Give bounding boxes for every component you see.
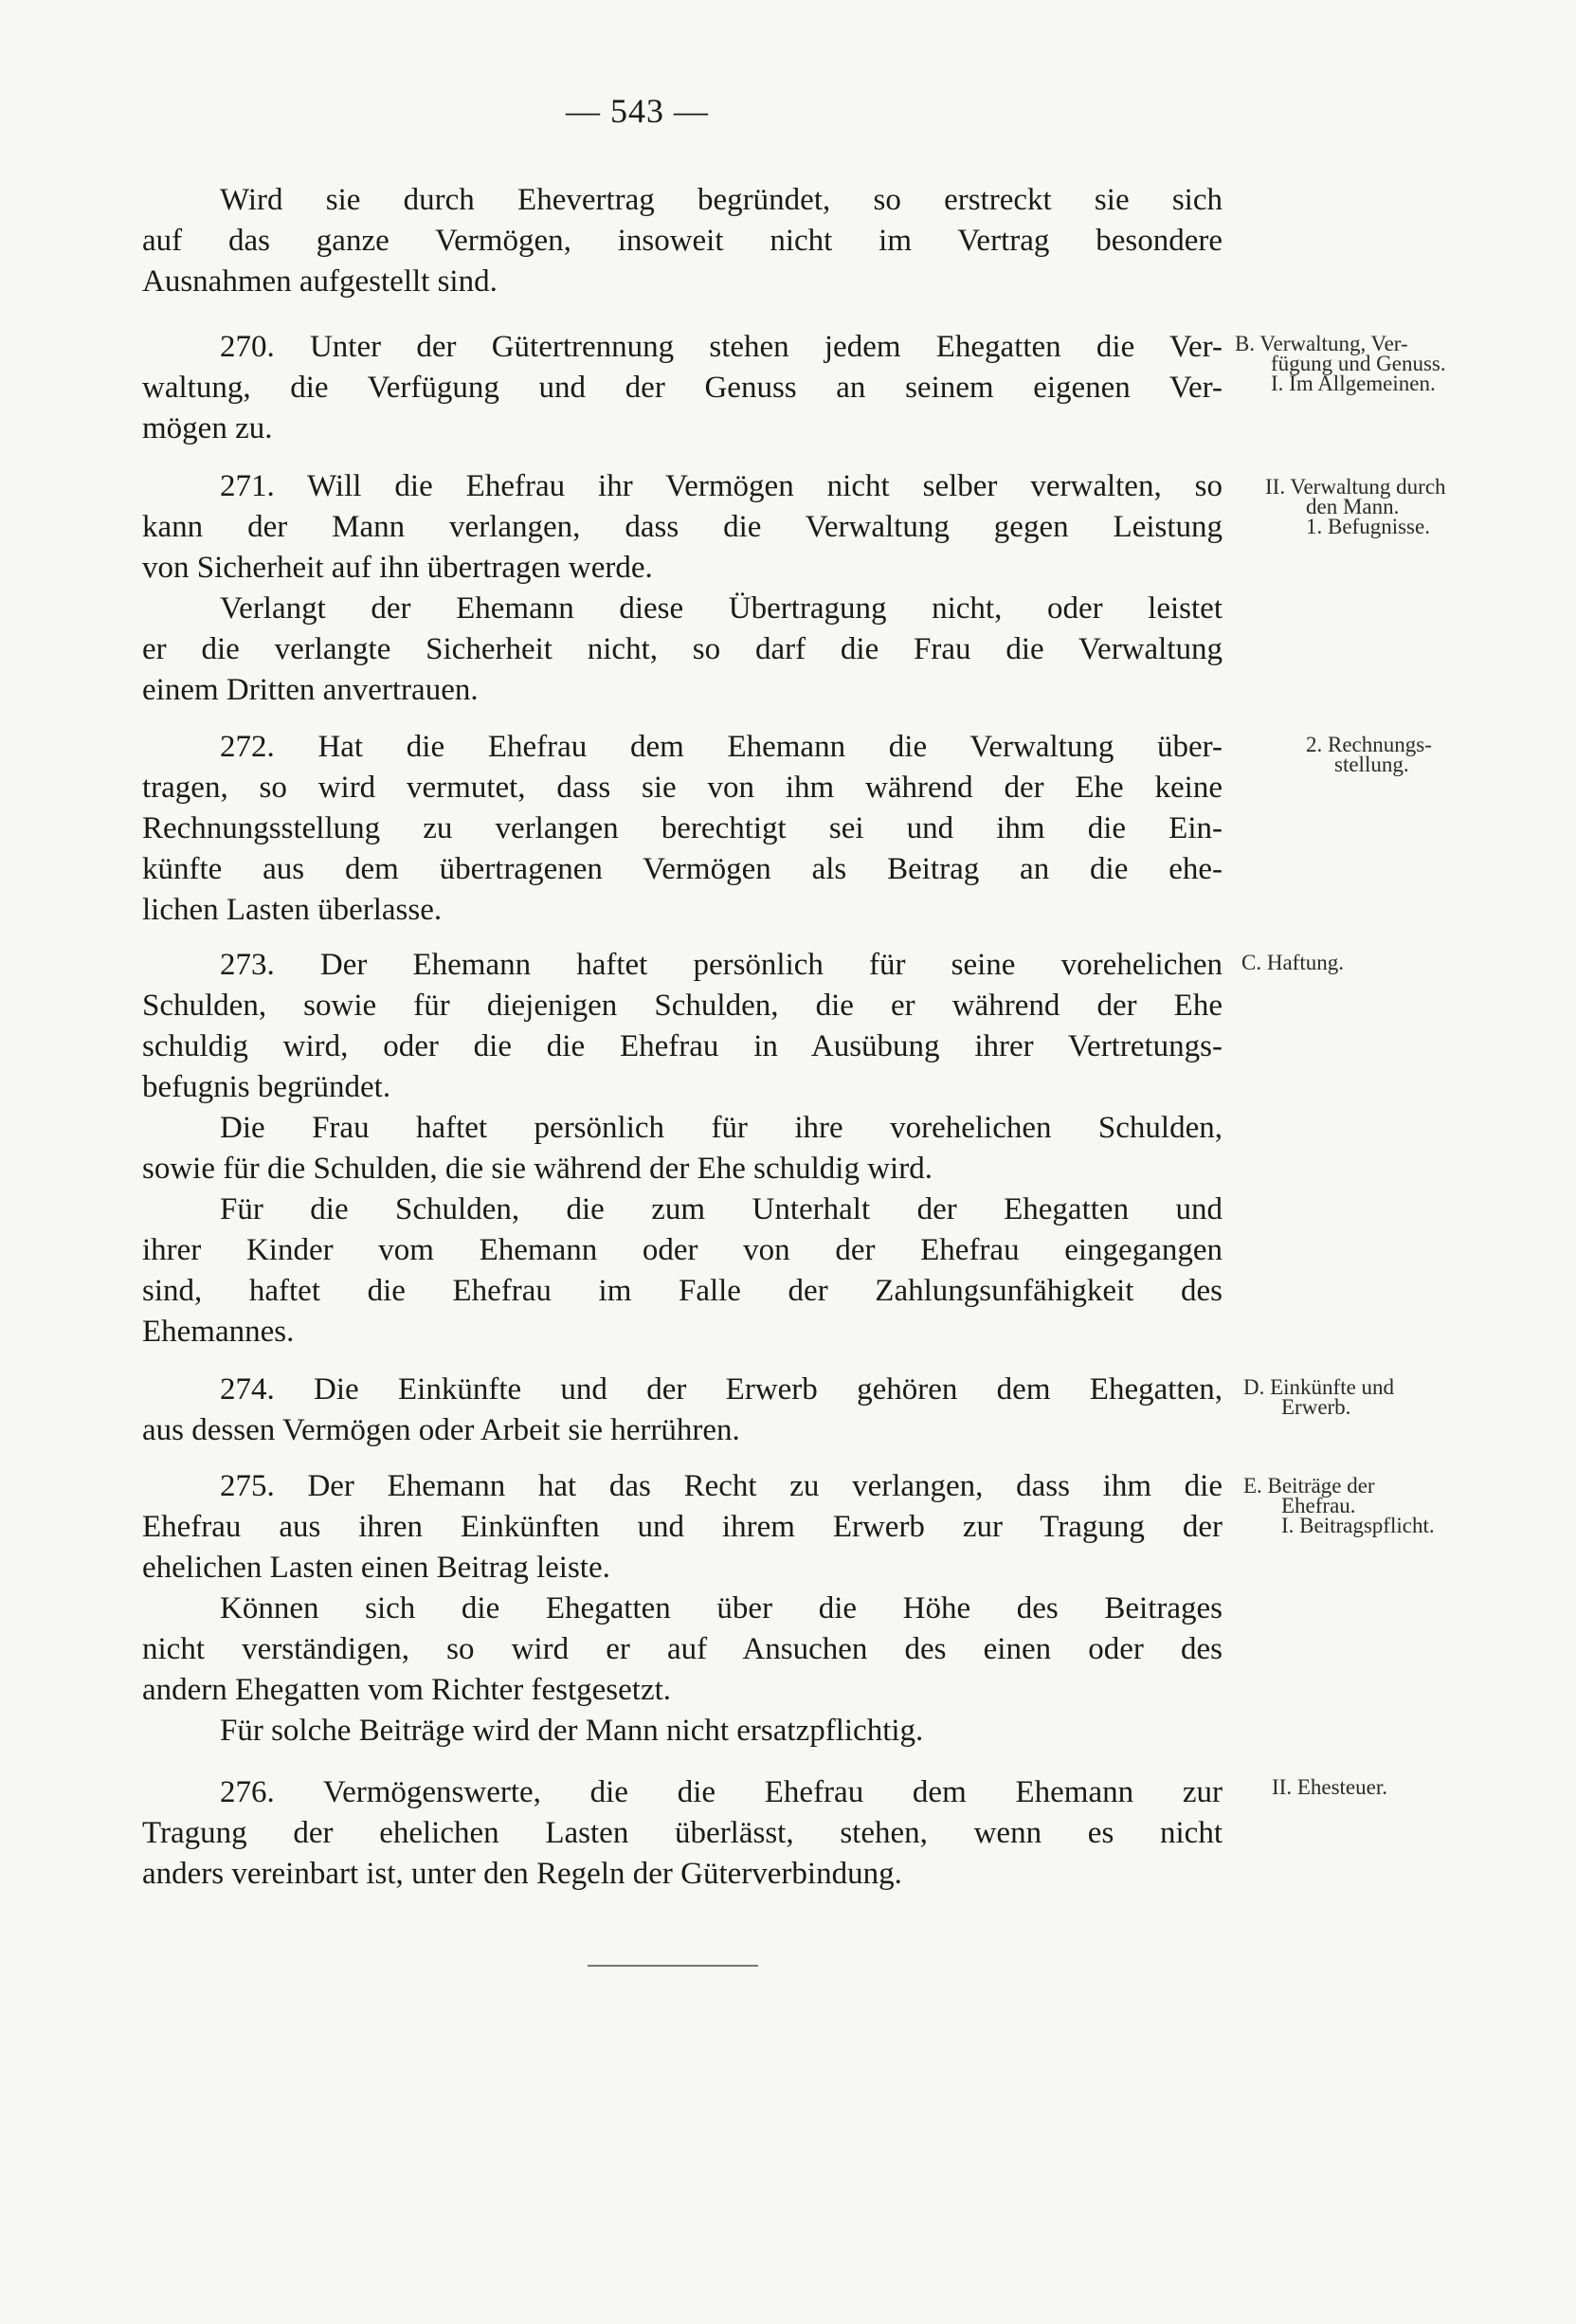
text-line: 273. Der Ehemann haftet persönlich für s… (142, 945, 1223, 986)
text-line: Verlangt der Ehemann diese Übertragung n… (142, 589, 1223, 629)
text-line: mögen zu. (142, 409, 1223, 449)
margin-line: II. Verwaltung durch (1265, 477, 1446, 497)
margin-note-2: 2. Rechnungs- stellung. (1306, 735, 1432, 774)
text-line: tragen, so wird vermutet, dass sie von i… (142, 768, 1223, 808)
text-line: von Sicherheit auf ihn übertragen werde. (142, 548, 1223, 589)
text-line: Rechnungsstellung zu verlangen berechtig… (142, 808, 1223, 849)
article-272: 272. Hat die Ehefrau dem Ehemann die Ver… (142, 727, 1223, 931)
text-line: Ehefrau aus ihren Einkünften und ihrem E… (142, 1507, 1223, 1548)
text-line: sowie für die Schulden, die sie während … (142, 1149, 1223, 1189)
text-line: Ausnahmen aufgestellt sind. (142, 262, 1223, 302)
margin-line: B. Verwaltung, Ver- (1235, 334, 1446, 354)
text-line: lichen Lasten überlasse. (142, 890, 1223, 931)
text-line: 275. Der Ehemann hat das Recht zu verlan… (142, 1466, 1223, 1507)
article-273-paragraph-2: Die Frau haftet persönlich für ihre vore… (142, 1108, 1223, 1189)
article-273-paragraph-3: Für die Schulden, die zum Unterhalt der … (142, 1189, 1223, 1353)
text-line: sind, haftet die Ehefrau im Falle der Za… (142, 1271, 1223, 1312)
margin-line: fügung und Genuss. (1235, 354, 1446, 373)
margin-line: E. Beiträge der (1243, 1476, 1435, 1496)
text-line: er die verlangte Sicherheit nicht, so da… (142, 629, 1223, 670)
article-275: 275. Der Ehemann hat das Recht zu verlan… (142, 1466, 1223, 1589)
margin-note-d: D. Einkünfte und Erwerb. (1243, 1377, 1394, 1417)
text-line: Die Frau haftet persönlich für ihre vore… (142, 1108, 1223, 1149)
text-line: 274. Die Einkünfte und der Erwerb gehöre… (142, 1370, 1223, 1410)
article-275-paragraph-3: Für solche Beiträge wird der Mann nicht … (142, 1711, 1223, 1752)
text-line: einem Dritten anvertrauen. (142, 670, 1223, 711)
article-271-paragraph-2: Verlangt der Ehemann diese Übertragung n… (142, 589, 1223, 711)
end-rule (588, 1965, 758, 1967)
margin-line: D. Einkünfte und (1243, 1377, 1394, 1397)
article-276: 276. Vermögenswerte, die die Ehefrau dem… (142, 1772, 1223, 1895)
text-line: andern Ehegatten vom Richter festgesetzt… (142, 1670, 1223, 1711)
margin-note-ii: II. Verwaltung durch den Mann. 1. Befugn… (1265, 477, 1446, 536)
text-line: Können sich die Ehegatten über die Höhe … (142, 1589, 1223, 1629)
article-274: 274. Die Einkünfte und der Erwerb gehöre… (142, 1370, 1223, 1451)
margin-line: 1. Befugnisse. (1265, 517, 1446, 536)
margin-note-e: E. Beiträge der Ehefrau. I. Beitragspfli… (1243, 1476, 1435, 1535)
text-line: waltung, die Verfügung und der Genuss an… (142, 368, 1223, 409)
text-line: Tragung der ehelichen Lasten überlässt, … (142, 1813, 1223, 1854)
text-line: kann der Mann verlangen, dass die Verwal… (142, 507, 1223, 548)
margin-line: Erwerb. (1243, 1397, 1394, 1417)
margin-note-b: B. Verwaltung, Ver- fügung und Genuss. I… (1235, 334, 1446, 393)
margin-line: I. Beitragspflicht. (1243, 1516, 1435, 1535)
text-line: auf das ganze Vermögen, insoweit nicht i… (142, 221, 1223, 262)
article-270: 270. Unter der Gütertrennung stehen jede… (142, 327, 1223, 449)
margin-line: Ehefrau. (1243, 1496, 1435, 1516)
margin-line: II. Ehesteuer. (1272, 1777, 1387, 1797)
text-line: künfte aus dem übertragenen Vermögen als… (142, 849, 1223, 890)
text-line: Schulden, sowie für diejenigen Schulden,… (142, 986, 1223, 1026)
margin-note-ii-ehesteuer: II. Ehesteuer. (1272, 1777, 1387, 1797)
text-line: befugnis begründet. (142, 1067, 1223, 1108)
text-line: ehelichen Lasten einen Beitrag leiste. (142, 1548, 1223, 1589)
paragraph-continuation: Wird sie durch Ehevertrag begründet, so … (142, 180, 1223, 302)
text-line: aus dessen Vermögen oder Arbeit sie herr… (142, 1410, 1223, 1451)
text-line: Ehemannes. (142, 1312, 1223, 1353)
text-line: nicht verständigen, so wird er auf Ansuc… (142, 1629, 1223, 1670)
text-line: Wird sie durch Ehevertrag begründet, so … (142, 180, 1223, 221)
text-line: 276. Vermögenswerte, die die Ehefrau dem… (142, 1772, 1223, 1813)
margin-line: 2. Rechnungs- (1306, 735, 1432, 754)
text-line: Für die Schulden, die zum Unterhalt der … (142, 1189, 1223, 1230)
text-line: anders vereinbart ist, unter den Regeln … (142, 1854, 1223, 1895)
margin-line: C. Haftung. (1241, 953, 1344, 972)
margin-line: I. Im Allgemeinen. (1235, 373, 1446, 393)
text-line: 270. Unter der Gütertrennung stehen jede… (142, 327, 1223, 368)
margin-line: stellung. (1306, 754, 1432, 774)
margin-line: den Mann. (1265, 497, 1446, 517)
article-271: 271. Will die Ehefrau ihr Vermögen nicht… (142, 466, 1223, 589)
text-line: schuldig wird, oder die die Ehefrau in A… (142, 1026, 1223, 1067)
article-275-paragraph-2: Können sich die Ehegatten über die Höhe … (142, 1589, 1223, 1711)
text-line: ihrer Kinder vom Ehemann oder von der Eh… (142, 1230, 1223, 1271)
margin-note-c: C. Haftung. (1241, 953, 1344, 972)
text-line: 271. Will die Ehefrau ihr Vermögen nicht… (142, 466, 1223, 507)
article-273: 273. Der Ehemann haftet persönlich für s… (142, 945, 1223, 1108)
text-line: 272. Hat die Ehefrau dem Ehemann die Ver… (142, 727, 1223, 768)
text-line: Für solche Beiträge wird der Mann nicht … (142, 1711, 1223, 1752)
page-number: — 543 — (0, 91, 1275, 131)
